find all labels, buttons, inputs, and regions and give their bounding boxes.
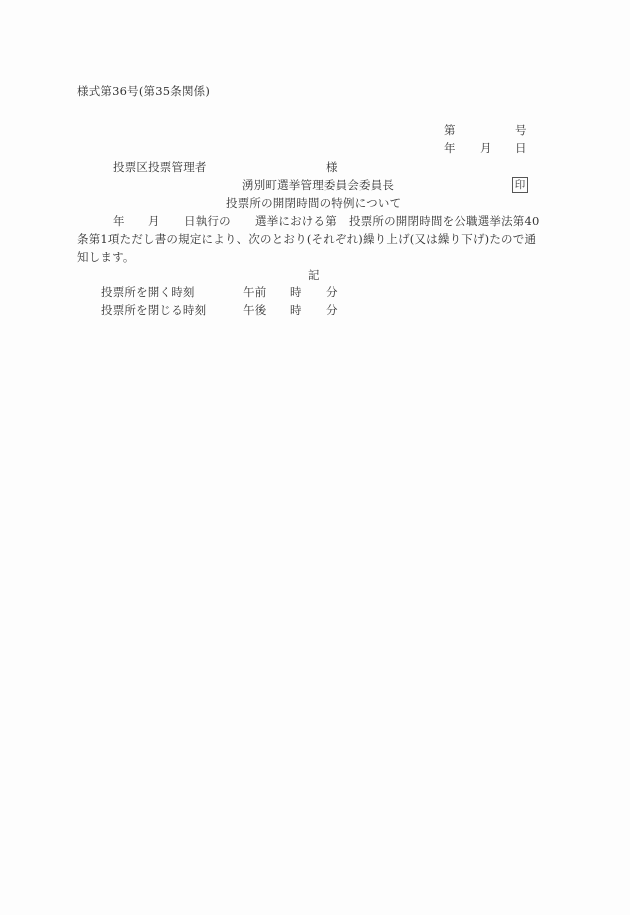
open-time-hour: 時 bbox=[290, 285, 302, 299]
recipient-title: 投票区投票管理者 bbox=[113, 160, 207, 174]
close-time-label: 投票所を閉じる時刻 bbox=[101, 303, 206, 317]
date-year: 年 bbox=[444, 141, 456, 155]
body-line2: 条第1項ただし書の規定により、次のとおり(それぞれ)繰り上げ(又は繰り下げ)たの… bbox=[77, 232, 536, 246]
body-day-exec: 日執行の bbox=[184, 214, 231, 228]
body-line1-rest: 投票所の開閉時間を公職選挙法第40 bbox=[349, 214, 540, 228]
close-time-hour: 時 bbox=[290, 303, 302, 317]
body-year: 年 bbox=[113, 214, 125, 228]
close-time-minute: 分 bbox=[326, 303, 338, 317]
recipient-honorific: 様 bbox=[326, 160, 338, 174]
body-line3: 知します。 bbox=[77, 250, 135, 264]
date-month: 月 bbox=[480, 141, 492, 155]
body-month: 月 bbox=[148, 214, 160, 228]
form-label: 様式第36号(第35条関係) bbox=[77, 84, 210, 98]
open-time-label: 投票所を開く時刻 bbox=[101, 285, 195, 299]
sender-title: 湧別町選挙管理委員会委員長 bbox=[242, 178, 394, 192]
open-time-minute: 分 bbox=[326, 285, 338, 299]
reference-number-prefix: 第 bbox=[444, 123, 456, 137]
subject-title: 投票所の開閉時間の特例について bbox=[226, 196, 401, 210]
close-time-period: 午後 bbox=[243, 303, 266, 317]
date-day: 日 bbox=[515, 141, 527, 155]
open-time-period: 午前 bbox=[243, 285, 266, 299]
body-election: 選挙における第 bbox=[255, 214, 337, 228]
document-page: 様式第36号(第35条関係) 第 号 年 月 日 投票区投票管理者 様 湧別町選… bbox=[0, 0, 630, 915]
seal-mark: 印 bbox=[512, 177, 528, 193]
reference-number-suffix: 号 bbox=[515, 123, 527, 137]
note-heading: 記 bbox=[308, 268, 320, 282]
